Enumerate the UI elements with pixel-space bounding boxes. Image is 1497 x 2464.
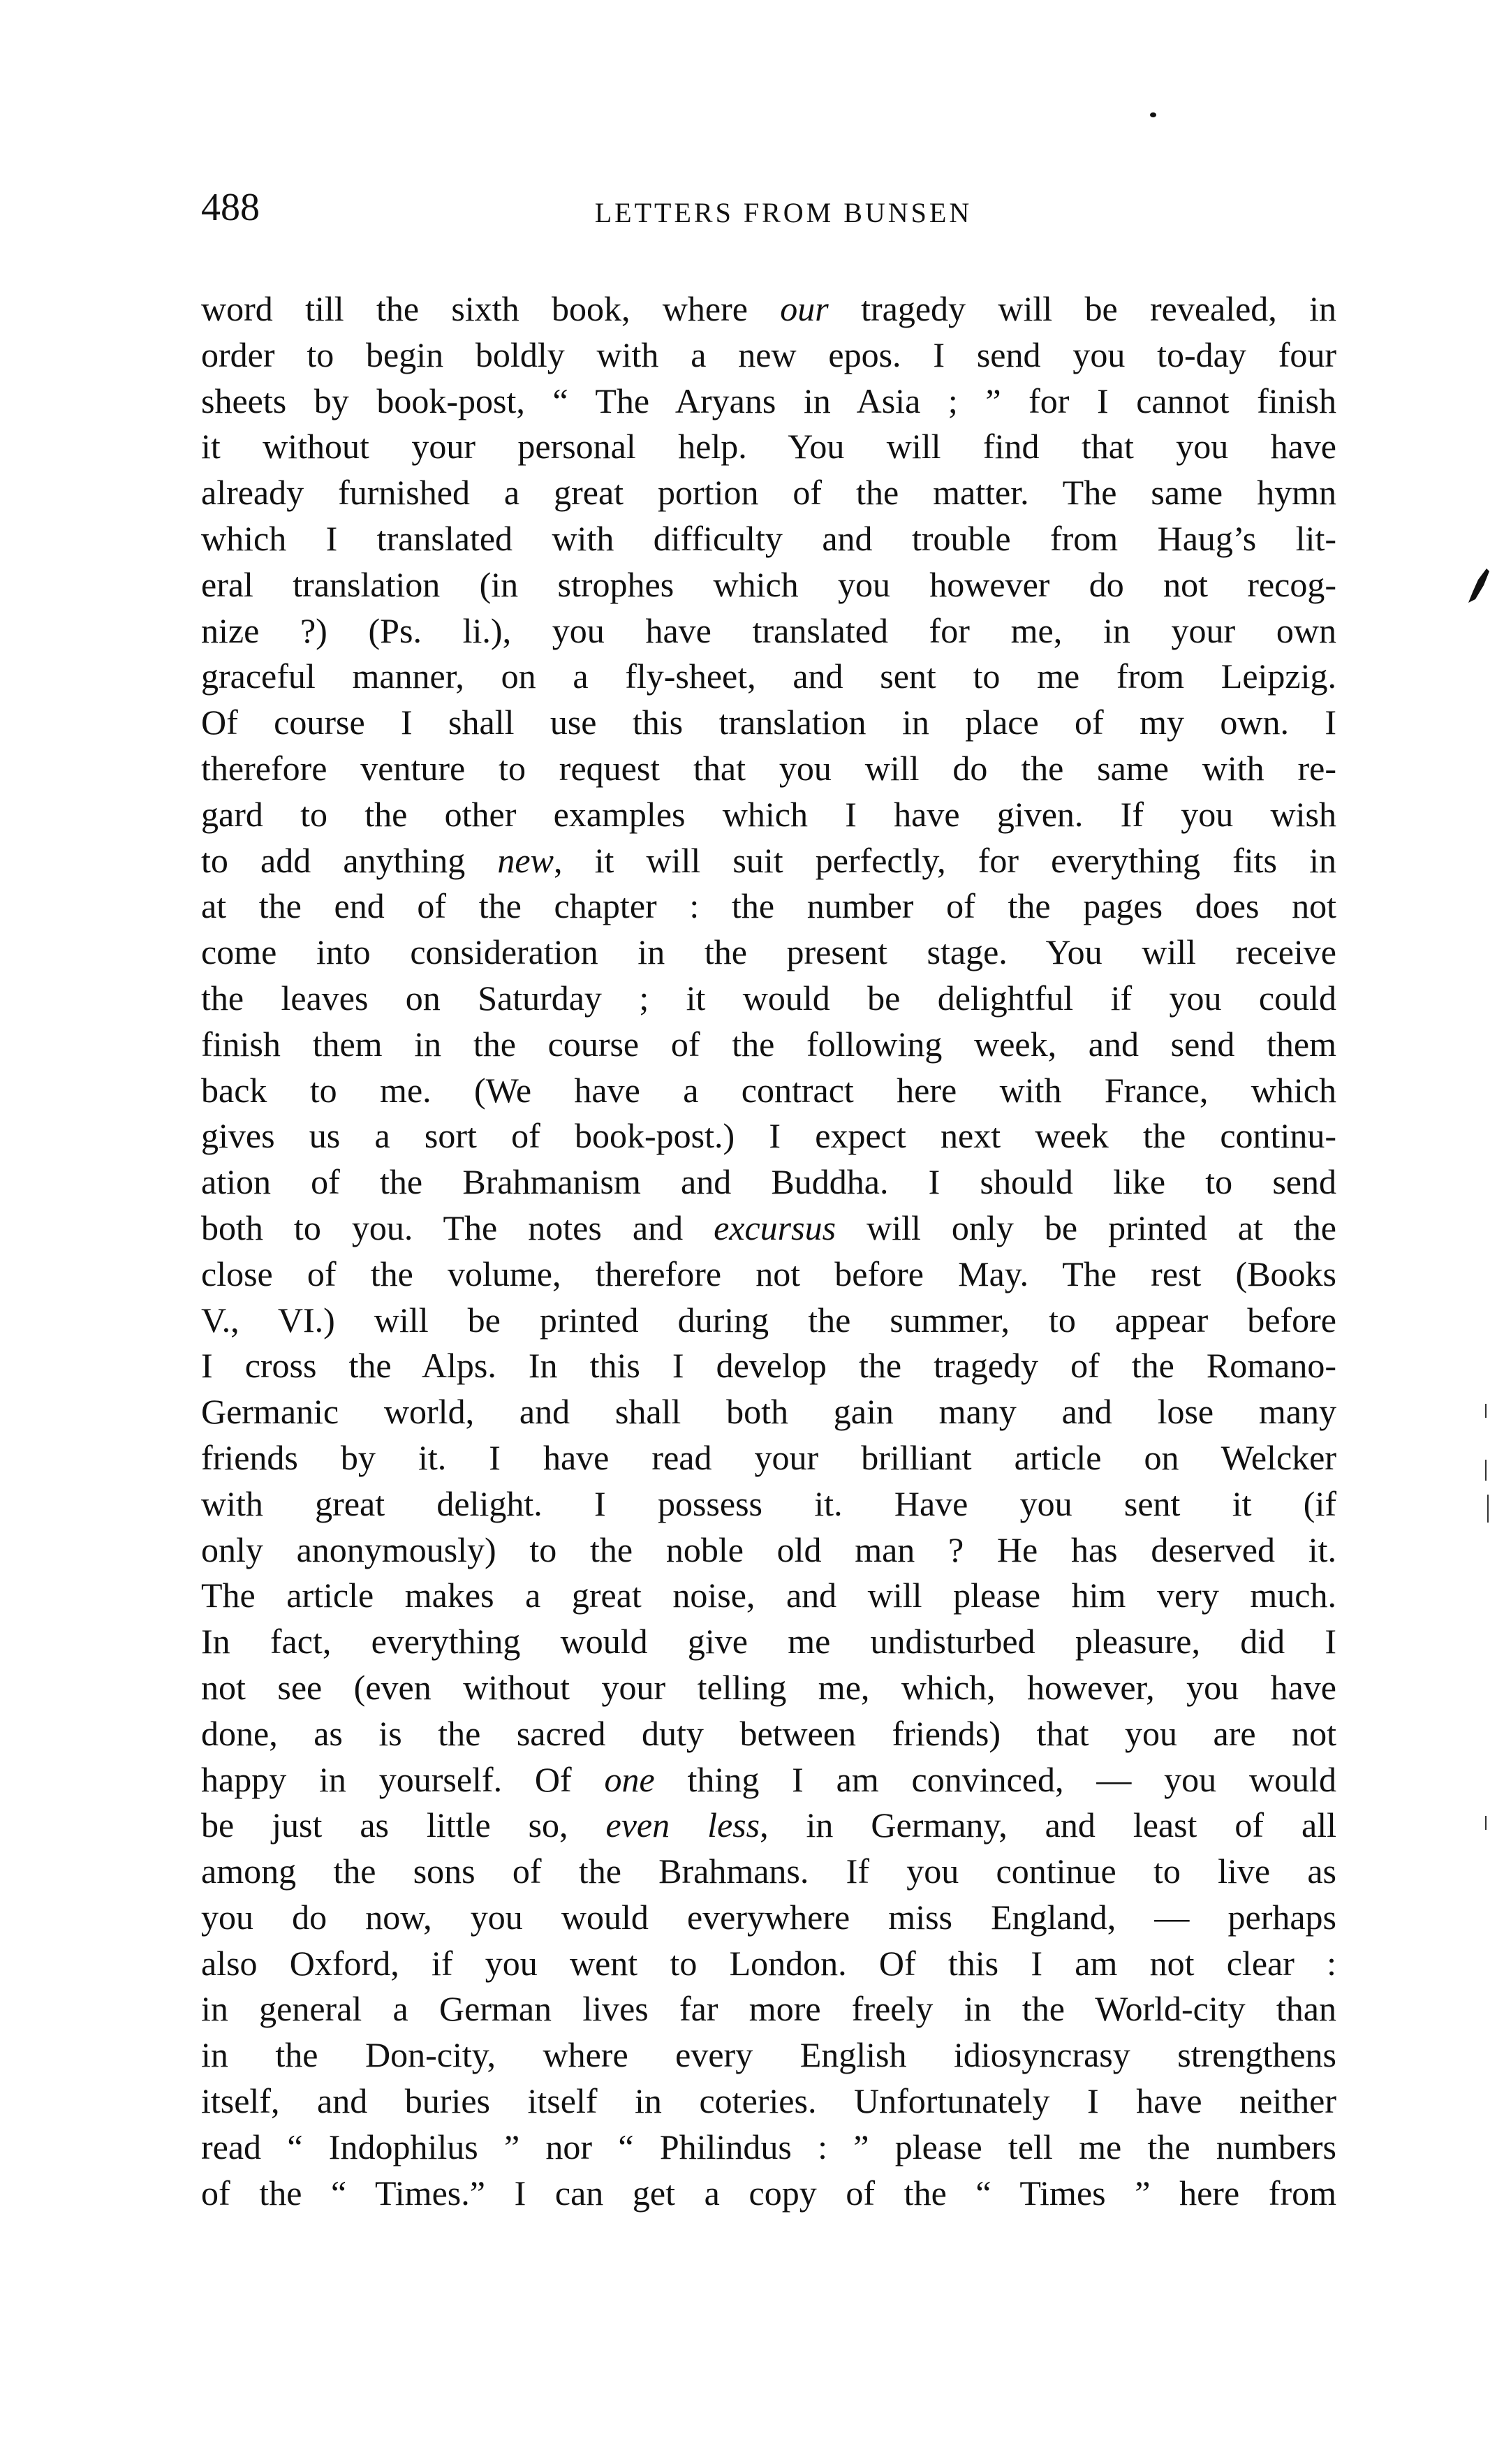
text-run: will only be printed at the — [836, 1208, 1336, 1247]
text-line: in the Don-city, where every English idi… — [201, 2032, 1336, 2078]
text-run: tragedy will be revealed, in — [829, 289, 1336, 328]
text-line: friends by it. I have read your brillian… — [201, 1435, 1336, 1481]
italic-text: one — [605, 1760, 655, 1799]
text-run: finish them in the course of the followi… — [201, 1025, 1336, 1064]
text-line: ation of the Brahmanism and Buddha. I sh… — [201, 1159, 1336, 1205]
text-line: V., VI.) will be printed during the summ… — [201, 1298, 1336, 1344]
text-line: I cross the Alps. In this I develop the … — [201, 1343, 1336, 1389]
text-run: itself, and buries itself in coteries. U… — [201, 2081, 1336, 2120]
text-run: come into consideration in the present s… — [201, 932, 1336, 971]
text-line: gives us a sort of book-post.) I expect … — [201, 1113, 1336, 1159]
text-run: , in Germany, and least of all — [760, 1805, 1336, 1845]
text-run: you do now, you would everywhere miss En… — [201, 1898, 1336, 1937]
italic-text: even less — [606, 1805, 760, 1845]
text-run: be just as little so, — [201, 1805, 606, 1845]
text-line: with great delight. I possess it. Have y… — [201, 1481, 1336, 1527]
text-line: sheets by book-post, “ The Aryans in Asi… — [201, 379, 1336, 425]
text-line: to add anything new, it will suit perfec… — [201, 838, 1336, 884]
text-run: The article makes a great noise, and wil… — [201, 1576, 1336, 1615]
text-run: graceful manner, on a fly-sheet, and sen… — [201, 657, 1336, 696]
text-line: be just as little so, even less, in Germ… — [201, 1803, 1336, 1849]
text-run: both to you. The notes and — [201, 1208, 714, 1247]
text-line: read “ Indophilus ” nor “ Philindus : ” … — [201, 2125, 1336, 2171]
text-run: friends by it. I have read your brillian… — [201, 1438, 1336, 1477]
text-line: Germanic world, and shall both gain many… — [201, 1389, 1336, 1435]
text-run: therefore venture to request that you wi… — [201, 749, 1336, 788]
text-line: among the sons of the Brahmans. If you c… — [201, 1849, 1336, 1895]
text-line: gard to the other examples which I have … — [201, 792, 1336, 838]
text-run: in the Don-city, where every English idi… — [201, 2035, 1336, 2074]
text-run: only anonymously) to the noble old man ?… — [201, 1530, 1336, 1569]
margin-scan-mark — [1485, 1816, 1487, 1830]
text-run: already furnished a great portion of the… — [201, 473, 1336, 512]
text-line: nize ?) (Ps. li.), you have translated f… — [201, 608, 1336, 654]
book-page: 488 LETTERS FROM BUNSEN word till the si… — [0, 0, 1497, 2464]
text-run: to add anything — [201, 841, 497, 880]
text-run: sheets by book-post, “ The Aryans in Asi… — [201, 381, 1336, 420]
text-run: the leaves on Saturday ; it would be del… — [201, 978, 1336, 1018]
ink-blot-mark — [1463, 564, 1491, 606]
text-run: done, as is the sacred duty between frie… — [201, 1714, 1336, 1753]
text-line: come into consideration in the present s… — [201, 930, 1336, 976]
text-line: which I translated with difficulty and t… — [201, 516, 1336, 562]
text-line: graceful manner, on a fly-sheet, and sen… — [201, 654, 1336, 700]
text-line: In fact, everything would give me undist… — [201, 1619, 1336, 1665]
text-run: which I translated with difficulty and t… — [201, 519, 1336, 558]
text-line: The article makes a great noise, and wil… — [201, 1573, 1336, 1619]
text-line: therefore venture to request that you wi… — [201, 746, 1336, 792]
body-text: word till the sixth book, where our trag… — [201, 286, 1336, 2216]
text-line: eral translation (in strophes which you … — [201, 562, 1336, 608]
text-run: not see (even without your telling me, w… — [201, 1668, 1336, 1707]
text-line: word till the sixth book, where our trag… — [201, 286, 1336, 332]
ink-speck — [1150, 112, 1156, 117]
text-line: happy in yourself. Of one thing I am con… — [201, 1757, 1336, 1803]
text-line: of the “ Times.” I can get a copy of the… — [201, 2171, 1336, 2217]
text-line: Of course I shall use this translation i… — [201, 700, 1336, 746]
text-line: order to begin boldly with a new epos. I… — [201, 332, 1336, 379]
running-title: LETTERS FROM BUNSEN — [201, 189, 1338, 237]
margin-scan-mark — [1485, 1460, 1487, 1481]
text-run: nize ?) (Ps. li.), you have translated f… — [201, 611, 1336, 650]
text-run: it without your personal help. You will … — [201, 427, 1336, 466]
text-run: with great delight. I possess it. Have y… — [201, 1484, 1336, 1523]
text-run: back to me. (We have a contract here wit… — [201, 1071, 1336, 1110]
text-line: also Oxford, if you went to London. Of t… — [201, 1941, 1336, 1987]
page-header: 488 LETTERS FROM BUNSEN — [201, 183, 1338, 232]
text-line: already furnished a great portion of the… — [201, 470, 1336, 516]
text-line: not see (even without your telling me, w… — [201, 1665, 1336, 1711]
text-run: word till the sixth book, where — [201, 289, 780, 328]
text-run: close of the volume, therefore not befor… — [201, 1254, 1336, 1293]
italic-text: excursus — [714, 1208, 836, 1247]
text-line: close of the volume, therefore not befor… — [201, 1252, 1336, 1298]
text-run: read “ Indophilus ” nor “ Philindus : ” … — [201, 2127, 1336, 2166]
text-run: order to begin boldly with a new epos. I… — [201, 335, 1336, 374]
text-run: In fact, everything would give me undist… — [201, 1622, 1336, 1661]
margin-scan-mark — [1485, 1404, 1487, 1418]
text-line: both to you. The notes and excursus will… — [201, 1205, 1336, 1252]
text-run: among the sons of the Brahmans. If you c… — [201, 1851, 1336, 1891]
text-run: gard to the other examples which I have … — [201, 795, 1336, 834]
text-run: gives us a sort of book-post.) I expect … — [201, 1116, 1336, 1155]
text-run: happy in yourself. Of — [201, 1760, 605, 1799]
text-line: done, as is the sacred duty between frie… — [201, 1711, 1336, 1757]
italic-text: new — [497, 841, 554, 880]
margin-scan-mark — [1487, 1495, 1489, 1523]
text-run: Germanic world, and shall both gain many… — [201, 1392, 1336, 1431]
text-run: also Oxford, if you went to London. Of t… — [201, 1944, 1336, 1983]
text-run: in general a German lives far more freel… — [201, 1989, 1336, 2028]
text-line: in general a German lives far more freel… — [201, 1986, 1336, 2032]
text-run: V., VI.) will be printed during the summ… — [201, 1300, 1336, 1340]
text-line: finish them in the course of the followi… — [201, 1022, 1336, 1068]
text-run: at the end of the chapter : the number o… — [201, 886, 1336, 925]
text-line: it without your personal help. You will … — [201, 424, 1336, 470]
text-line: back to me. (We have a contract here wit… — [201, 1068, 1336, 1114]
text-run: of the “ Times.” I can get a copy of the… — [201, 2173, 1336, 2213]
text-run: I cross the Alps. In this I develop the … — [201, 1346, 1336, 1385]
text-line: at the end of the chapter : the number o… — [201, 883, 1336, 930]
text-line: the leaves on Saturday ; it would be del… — [201, 976, 1336, 1022]
italic-text: our — [780, 289, 828, 328]
text-run: , it will suit perfectly, for everything… — [554, 841, 1336, 880]
text-line: you do now, you would everywhere miss En… — [201, 1895, 1336, 1941]
text-run: Of course I shall use this translation i… — [201, 703, 1336, 742]
text-line: itself, and buries itself in coteries. U… — [201, 2078, 1336, 2125]
text-run: ation of the Brahmanism and Buddha. I sh… — [201, 1162, 1336, 1201]
text-run: eral translation (in strophes which you … — [201, 565, 1336, 604]
text-run: thing I am convinced, — you would — [655, 1760, 1336, 1799]
text-line: only anonymously) to the noble old man ?… — [201, 1527, 1336, 1574]
